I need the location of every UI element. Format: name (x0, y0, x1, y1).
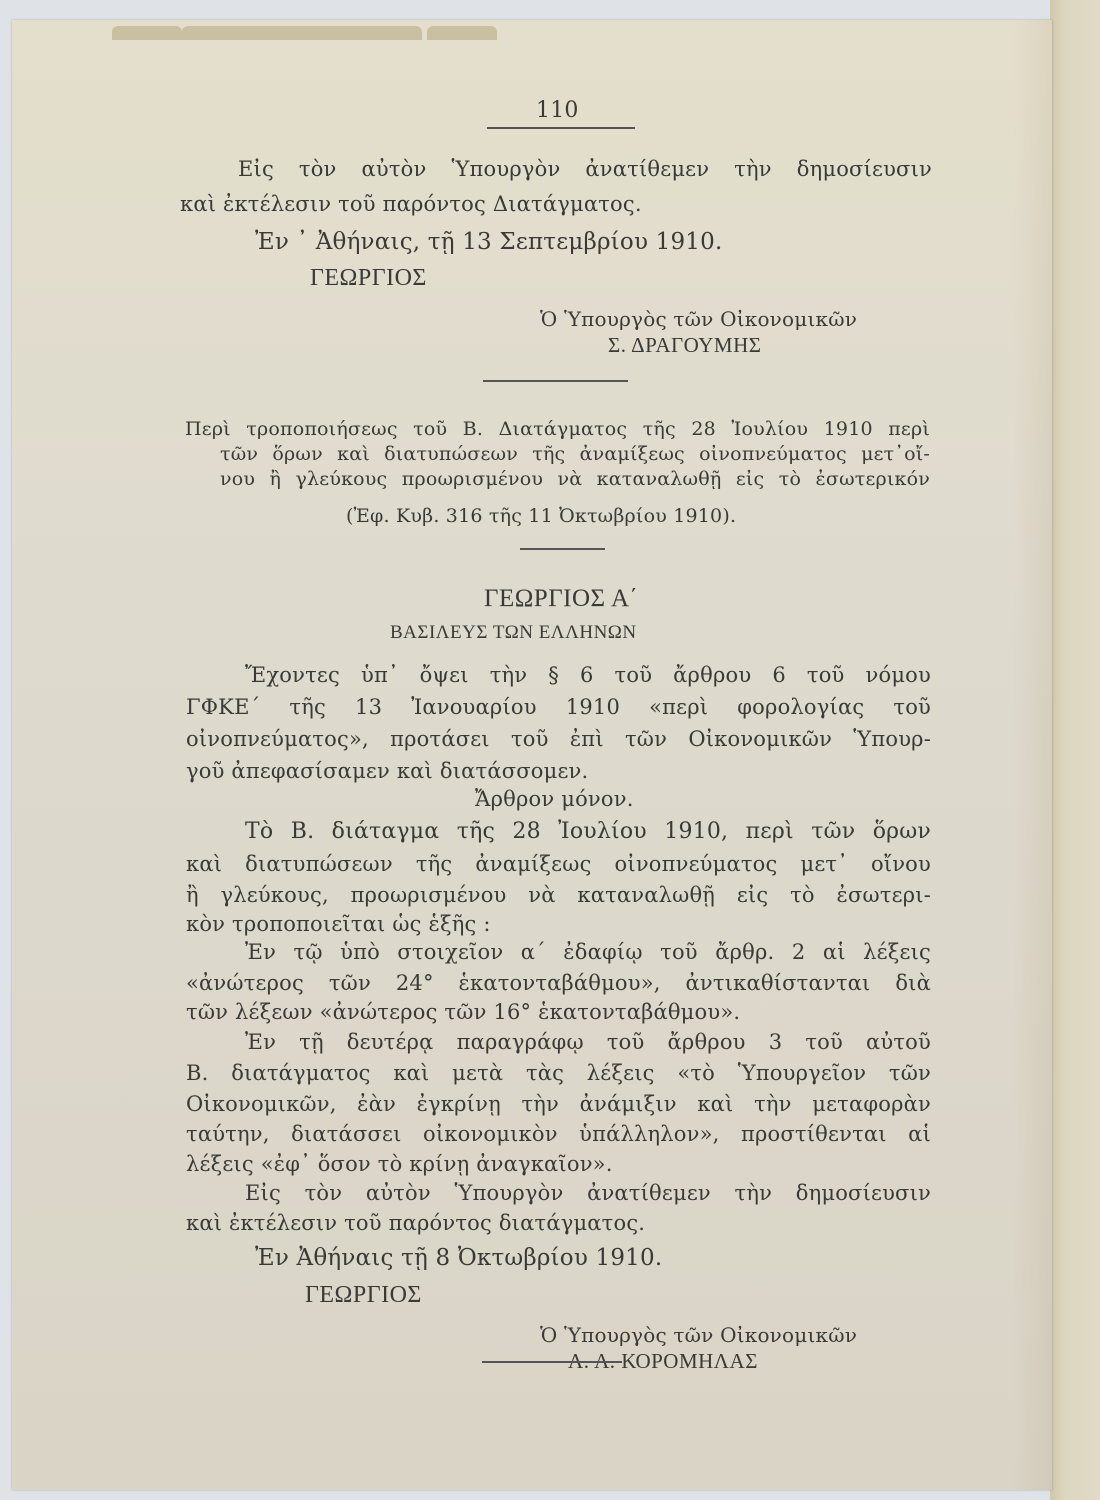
article-line-12: λέξεις «ἐφ᾽ ὅσον τὸ κρίνῃ ἀναγκαῖον». (186, 1152, 613, 1176)
king-name-heading: ΓΕΩΡΓΙΟΣ Α΄ (484, 585, 638, 613)
section-rule (520, 548, 605, 550)
preamble-line-1: Ἔχοντες ὑπ᾽ ὄψει τὴν § 6 τοῦ ἄρθρου 6 το… (245, 663, 931, 687)
article-line-1: Τὸ Β. διάταγμα τῆς 28 Ἰουλίου 1910, περὶ… (245, 819, 931, 844)
article-line-3: ἢ γλεύκους, προωρισμένου νὰ καταναλωθῇ ε… (186, 883, 931, 907)
closing-line-1: Εἰς τὸν αὐτὸν Ὑπουργὸν ἀνατίθεμεν τὴν δη… (238, 157, 932, 181)
preamble-line-2: ΓΦΚΕ΄ τῆς 13 Ἰανουαρίου 1910 «περὶ φορολ… (186, 695, 931, 719)
king-title-heading: ΒΑΣΙΛΕΥΣ ΤΩΝ ΕΛΛΗΝΩΝ (390, 622, 637, 644)
article-heading: Ἄρθρον μόνον. (475, 787, 634, 811)
place-date: Ἐν Ἀθήναις τῇ 8 Ὀκτωβρίου 1910. (255, 1245, 662, 1271)
heading-line-3: νου ἢ γλεύκους προωρισμένου νὰ καταναλωθ… (220, 468, 930, 490)
article-line-4: κὸν τροποποιεῖται ὡς ἑξῆς : (186, 912, 491, 936)
minister-title: Ὁ Ὑπουργὸς τῶν Οἰκονομικῶν (540, 307, 857, 331)
torn-edge (112, 26, 182, 40)
end-rule (482, 1361, 622, 1363)
torn-edge (182, 26, 322, 40)
heading-line-2: τῶν ὅρων καὶ διατυπώσεων τῆς ἀναμίξεως ο… (220, 443, 930, 465)
article-line-6: «ἀνώτερος τῶν 24° ἑκατονταβάθμου», ἀντικ… (186, 971, 931, 995)
article-line-14: καὶ ἐκτέλεσιν τοῦ παρόντος διατάγματος. (186, 1211, 645, 1235)
article-line-8: Ἐν τῇ δευτέρᾳ παραγράφῳ τοῦ ἄρθρου 3 τοῦ… (245, 1030, 931, 1054)
preamble-line-3: οἰνοπνεύματος», προτάσει τοῦ ἐπὶ τῶν Οἰκ… (186, 727, 931, 751)
article-line-11: ταύτην, διατάσσει οἰκονομικὸν ὑπάλληλον»… (186, 1122, 931, 1146)
preamble-line-4: γοῦ ἀπεφασίσαμεν καὶ διατάσσομεν. (186, 759, 588, 783)
adjacent-page-edge (1050, 0, 1100, 1500)
heading-line-1: Περὶ τροποποιήσεως τοῦ Β. Διατάγματος τῆ… (185, 418, 930, 440)
king-signature: ΓΕΩΡΓΙΟΣ (305, 1282, 422, 1309)
header-rule (487, 127, 635, 129)
page-number: 110 (536, 98, 579, 123)
section-rule (483, 380, 628, 382)
article-line-10: Οἰκονομικῶν, ἐὰν ἐγκρίνῃ τὴν ἀνάμιξιν κα… (186, 1092, 931, 1116)
king-signature: ΓΕΩΡΓΙΟΣ (310, 265, 427, 292)
article-line-7: τῶν λέξεων «ἀνώτερος τῶν 16° ἑκατονταβάθ… (186, 1000, 740, 1024)
closing-line-2: καὶ ἐκτέλεσιν τοῦ παρόντος Διατάγματος. (180, 192, 642, 216)
place-date: Ἐν ᾿ Ἀθήναις, τῇ 13 Σεπτεμβρίου 1910. (255, 229, 723, 255)
article-line-5: Ἐν τῷ ὑπὸ στοιχεῖον α΄ ἐδαφίῳ τοῦ ἄρθρ. … (245, 940, 931, 964)
article-line-9: Β. διατάγματος καὶ μετὰ τὰς λέξεις «τὸ Ὑ… (186, 1061, 931, 1085)
article-line-13: Εἰς τὸν αὐτὸν Ὑπουργὸν ἀνατίθεμεν τὴν δη… (245, 1181, 931, 1205)
minister-title: Ὁ Ὑπουργὸς τῶν Οἰκονομικῶν (540, 1323, 857, 1347)
minister-name: Σ. ΔΡΑΓΟΥΜΗΣ (608, 333, 762, 358)
article-line-2: καὶ διατυπώσεων τῆς ἀναμίξεως οἰνοπνεύμα… (186, 852, 931, 876)
torn-edge (427, 26, 497, 40)
gazette-citation: (Ἐφ. Κυβ. 316 τῆς 11 Ὀκτωβρίου 1910). (346, 505, 736, 527)
torn-edge (312, 26, 422, 40)
